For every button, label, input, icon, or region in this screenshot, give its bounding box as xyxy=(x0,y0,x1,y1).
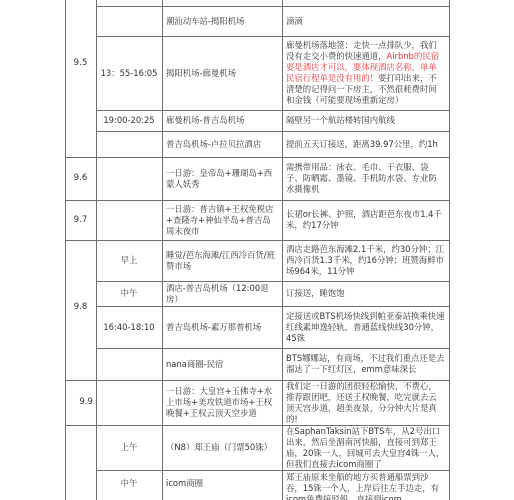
visa-note-text: 廊曼机场落地签：走快一点排队少，我们没有走交小费的快速通道，Airbnb的民宿要… xyxy=(286,40,445,106)
note-cell: 定接送或BTS机场快线到帕亚泰站换乘快速红线素坤逸轻轨，普通蓝线快线30分钟，4… xyxy=(282,306,449,348)
date-cell-9-6: 9.6 xyxy=(65,157,96,200)
note-cell: 滴滴 xyxy=(282,6,449,36)
date-cell-9-5: 9.5 xyxy=(65,0,96,157)
route-text: （N8）郑王庙（门票50铢） xyxy=(166,442,272,453)
route-text: 廊曼机场-普吉岛机场 xyxy=(166,115,244,126)
route-text: 一日游：皇帝岛+珊瑚岛+西蒙人妖秀 xyxy=(166,168,278,190)
note-text: 提前五天订接送，距离39.97公里，约1h xyxy=(286,139,438,150)
note-cell: 郑王庙原来坐船的地方买普通船票到沙吞，15铢一个人，上岸后往左手边走，有icom… xyxy=(282,470,449,500)
time-cell: 上午 xyxy=(96,425,162,470)
route-cell: 揭阳机场-廊曼机场 xyxy=(162,36,282,110)
note-text: 隔壁另一个航站楼转国内航线 xyxy=(286,115,395,126)
route-text: 揭阳机场-廊曼机场 xyxy=(166,68,236,79)
note-text: 郑王庙原来坐船的地方买普通船票到沙吞，15铢一个人，上岸后往左手边走，有icom… xyxy=(286,472,445,500)
note-text: 我们定一日游的团很轻松愉快，不费心，推荐跟团吧，还送王权晚餐，吃完就去云顶天宫步… xyxy=(286,381,445,425)
route-text: nana商圈-民宿 xyxy=(166,359,223,370)
date-text: 9.9 xyxy=(79,397,93,408)
date-text: 9.7 xyxy=(74,215,88,226)
date-text: 9.5 xyxy=(74,58,88,69)
note-text: 长裙or长裤、护照，酒店距芭东夜市1.4千米，约17分钟 xyxy=(286,209,445,231)
route-text: 一日游：普吉镇+王权免税店+查隆寺+神仙半岛+普吉岛周末夜市 xyxy=(166,204,278,237)
note-cell: BTS娜娜站，有商场，不过我们重点还是去溜达了一下红灯区，emm意味深长 xyxy=(282,348,449,380)
route-text: 睡觉/芭东海滩/江西冷百货/班赞市场 xyxy=(166,250,278,272)
note-cell: 廊曼机场落地签：走快一点排队少，我们没有走交小费的快速通道，Airbnb的民宿要… xyxy=(282,36,449,110)
time-text: 13：55-16:05 xyxy=(101,68,158,79)
date-cell-9-7: 9.7 xyxy=(65,200,96,240)
time-text: 中午 xyxy=(121,478,138,489)
note-text: 滴滴 xyxy=(286,16,303,27)
date-text: 9.6 xyxy=(74,173,88,184)
note-text: 需携带用品：泳衣、毛巾、干衣服、袋子、防晒霜、墨镜、手机防水袋、专业防水摄像机 xyxy=(286,162,445,195)
time-text: 19:00-20:25 xyxy=(103,115,154,126)
route-text: 一日游：大皇宫+玉佛寺+水上市场+美攻铁道市场+王权晚餐+王权云顶天空步道 xyxy=(166,386,278,419)
route-cell: 普吉岛机场-卢拉贝拉酒店 xyxy=(162,131,282,157)
date-cell-9-8: 9.8 xyxy=(65,240,96,380)
time-text: 早上 xyxy=(121,255,138,266)
route-text: 普吉岛机场-素万那普机场 xyxy=(166,322,261,333)
note-text: 酒店走路芭东海滩2.1千米，约30分钟；江西冷百货1.3千米，约16分钟；班赞海… xyxy=(286,244,445,277)
time-cell: 早上 xyxy=(96,240,162,281)
note-text: BTS娜娜站，有商场，不过我们重点还是去溜达了一下红灯区，emm意味深长 xyxy=(286,353,445,375)
note-cell: 需携带用品：泳衣、毛巾、干衣服、袋子、防晒霜、墨镜、手机防水袋、专业防水摄像机 xyxy=(282,157,449,200)
note-cell: 我们定一日游的团很轻松愉快，不费心，推荐跟团吧，还送王权晚餐，吃完就去云顶天宫步… xyxy=(282,380,449,425)
route-cell: nana商圈-民宿 xyxy=(162,348,282,380)
route-text: 潮汕动车站-揭阳机场 xyxy=(166,16,244,27)
route-text: icom商圈 xyxy=(166,478,203,489)
route-cell: 廊曼机场-普吉岛机场 xyxy=(162,110,282,131)
note-text: 在SaphanTaksin站下BTS车，从2号出口出来，然后坐湄南河快船，直接可… xyxy=(286,426,445,470)
time-text: 中午 xyxy=(121,288,138,299)
note-cell: 提前五天订接送，距离39.97公里，约1h xyxy=(282,131,449,157)
note-cell: 订接送，睡饱饱 xyxy=(282,281,449,306)
note-text: 定接送或BTS机场快线到帕亚泰站换乘快速红线素坤逸轻轨，普通蓝线快线30分钟，4… xyxy=(286,311,445,344)
note-cell: 长裙or长裤、护照，酒店距芭东夜市1.4千米，约17分钟 xyxy=(282,200,449,240)
date-cell-9-9: 9.9 xyxy=(65,380,96,425)
time-cell: 16:40-18:10 xyxy=(96,306,162,348)
route-cell: 酒店-普吉岛机场（12:00退房） xyxy=(162,281,282,306)
note-cell: 酒店走路芭东海滩2.1千米，约30分钟；江西冷百货1.3千米，约16分钟；班赞海… xyxy=(282,240,449,281)
time-cell: 13：55-16:05 xyxy=(96,36,162,110)
note-cell: 在SaphanTaksin站下BTS车，从2号出口出来，然后坐湄南河快船，直接可… xyxy=(282,425,449,470)
route-cell: （N8）郑王庙（门票50铢） xyxy=(162,425,282,470)
note-cell: 隔壁另一个航站楼转国内航线 xyxy=(282,110,449,131)
itinerary-table: 潮汕动车站-揭阳机场 滴滴 9.5 13：55-16:05 揭阳机场-廊曼机场 … xyxy=(0,0,514,500)
route-cell: icom商圈 xyxy=(162,470,282,500)
route-text: 酒店-普吉岛机场（12:00退房） xyxy=(166,283,278,305)
route-cell: 一日游：大皇宫+玉佛寺+水上市场+美攻铁道市场+王权晚餐+王权云顶天空步道 xyxy=(162,380,282,425)
route-cell: 睡觉/芭东海滩/江西冷百货/班赞市场 xyxy=(162,240,282,281)
time-text: 上午 xyxy=(121,442,138,453)
note-text: 订接送，睡饱饱 xyxy=(286,288,345,299)
time-cell: 19:00-20:25 xyxy=(96,110,162,131)
time-text: 16:40-18:10 xyxy=(103,322,154,333)
route-cell: 潮汕动车站-揭阳机场 xyxy=(162,6,282,36)
time-cell: 中午 xyxy=(96,281,162,306)
route-cell: 一日游：皇帝岛+珊瑚岛+西蒙人妖秀 xyxy=(162,157,282,200)
route-text: 普吉岛机场-卢拉贝拉酒店 xyxy=(166,139,261,150)
time-cell: 中午 xyxy=(96,470,162,500)
date-text: 9.8 xyxy=(74,302,88,313)
route-cell: 普吉岛机场-素万那普机场 xyxy=(162,306,282,348)
route-cell: 一日游：普吉镇+王权免税店+查隆寺+神仙半岛+普吉岛周末夜市 xyxy=(162,200,282,240)
